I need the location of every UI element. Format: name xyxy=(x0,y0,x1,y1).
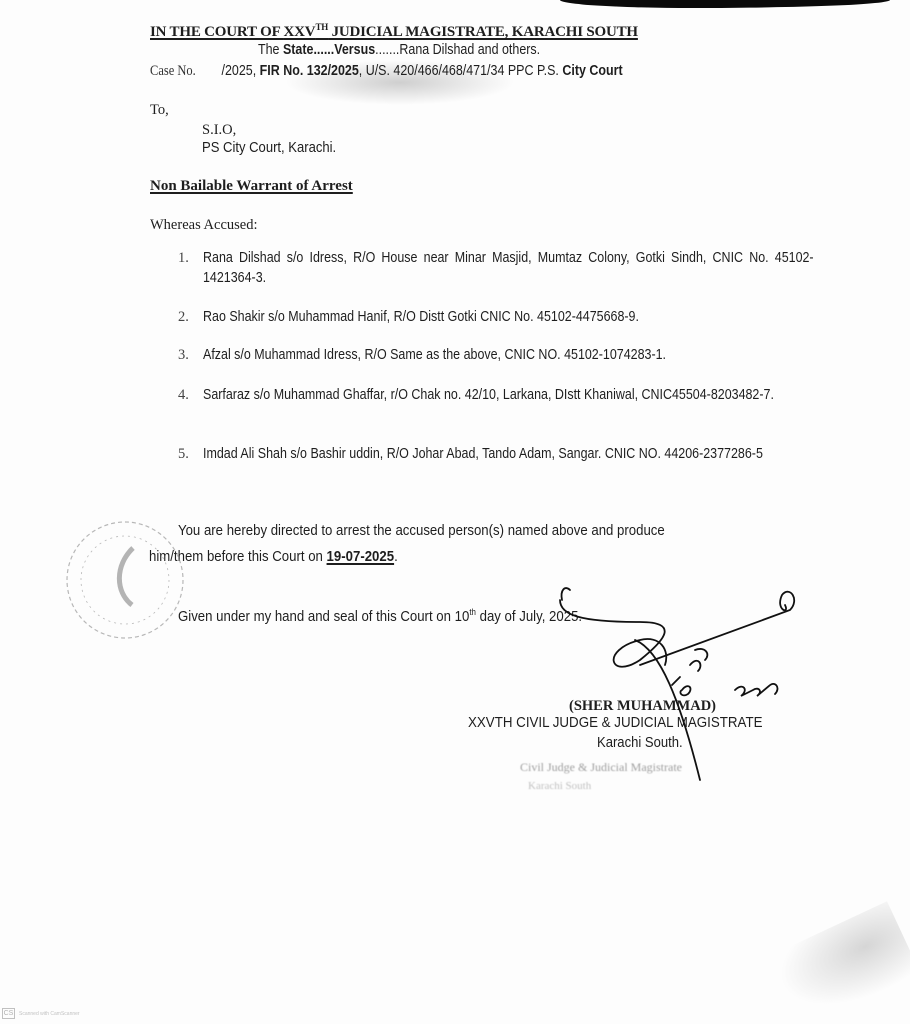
case-parties: The State......Versus.......Rana Dilshad… xyxy=(258,42,540,58)
accused-item: 1. Rana Dilshad s/o Idress, R/O House ne… xyxy=(178,248,808,288)
addressee-to: To, xyxy=(150,102,169,119)
accused-item: 4. Sarfaraz s/o Muhammad Ghaffar, r/O Ch… xyxy=(178,385,808,425)
case-number-line: Case No./2025, FIR No. 132/2025, U/S. 42… xyxy=(150,63,623,80)
warrant-title: Non Bailable Warrant of Arrest xyxy=(150,178,353,195)
accused-item: 2. Rao Shakir s/o Muhammad Hanif, R/O Di… xyxy=(178,307,808,327)
camscanner-icon: CS xyxy=(2,1008,15,1019)
judge-place: Karachi South. xyxy=(597,735,683,751)
court-seal-and-signature xyxy=(0,0,910,1024)
judge-title: XXVTH CIVIL JUDGE & JUDICIAL MAGISTRATE xyxy=(468,715,763,731)
directive-line2: him/them before this Court on 19-07-2025… xyxy=(149,548,398,565)
scan-artifact xyxy=(560,0,890,8)
accused-item: 5. Imdad Ali Shah s/o Bashir uddin, R/O … xyxy=(178,444,808,484)
court-heading: IN THE COURT OF XXVTH JUDICIAL MAGISTRAT… xyxy=(150,22,638,41)
signature-icon xyxy=(560,588,794,780)
appearance-date: 19-07-2025 xyxy=(327,548,395,565)
given-under-hand: Given under my hand and seal of this Cou… xyxy=(178,607,582,625)
accused-item: 3. Afzal s/o Muhammad Idress, R/O Same a… xyxy=(178,345,808,365)
addressee-line2: PS City Court, Karachi. xyxy=(202,140,336,156)
judge-name: (SHER MUHAMMAD) xyxy=(569,698,716,715)
scanner-watermark: CS Scanned with CamScanner xyxy=(2,1008,80,1019)
court-seal-icon xyxy=(67,522,183,638)
smudge xyxy=(769,901,910,1024)
addressee-line1: S.I.O, xyxy=(202,122,236,139)
official-stamp-line1: Civil Judge & Judicial Magistrate xyxy=(520,760,682,775)
whereas-label: Whereas Accused: xyxy=(150,217,258,234)
warrant-document: IN THE COURT OF XXVTH JUDICIAL MAGISTRAT… xyxy=(0,0,910,1024)
official-stamp-line2: Karachi South xyxy=(528,780,591,792)
directive-line1: You are hereby directed to arrest the ac… xyxy=(178,522,665,539)
